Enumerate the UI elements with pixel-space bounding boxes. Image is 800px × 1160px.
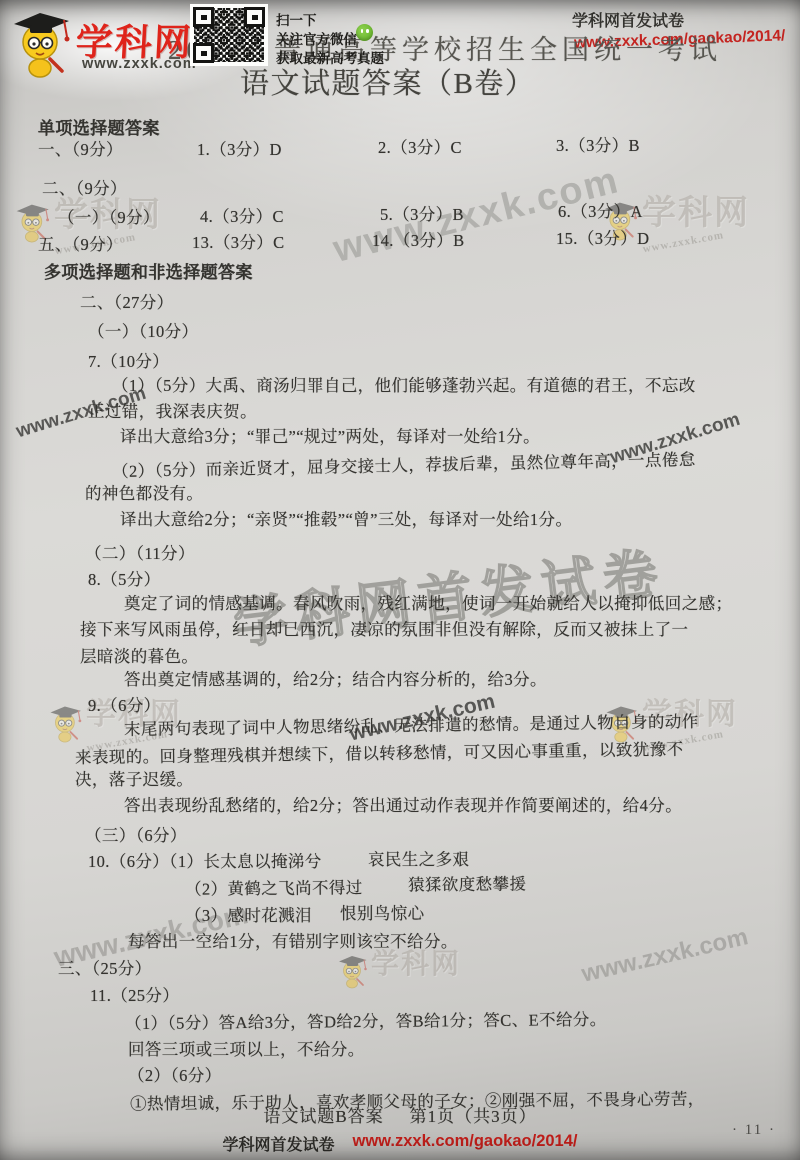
answer-line: 答出表现纷乱愁绪的，给2分；答出通过动作表现并作简要阐述的，给4分。 <box>124 792 682 816</box>
mcq-answer: 3.（3分）B <box>556 132 640 156</box>
wechat-face-icon <box>356 24 373 41</box>
mcq-prefix: （一）（9分） <box>58 204 160 228</box>
answer-line: 三、（25分） <box>58 955 152 979</box>
qr-caption-line2: 关注官方微信 <box>276 28 357 48</box>
brand-logo-url: www.zxxk.com <box>82 56 197 72</box>
mcq-answer: 14.（3分）B <box>372 227 465 251</box>
answer-line: 接下来写风雨虽停，红日却已西沉，凄凉的氛围非但没有解除，反而又被抹上了一 <box>80 616 688 640</box>
mcq-prefix: 五、（9分） <box>38 231 123 255</box>
qr-finder-icon <box>193 43 214 63</box>
answer-line: 末尾两句表现了词中人物思绪纷乱、无法排遣的愁情。是通过人物自身的动作 <box>124 708 699 740</box>
answer-line: （二）（11分） <box>85 540 195 564</box>
q10-blank-answer: 恨别鸟惊心 <box>340 900 425 924</box>
q10-blank-answer: （3）感时花溅泪 <box>185 902 312 926</box>
qr-caption-line3: 获取最新高考真题 <box>276 47 384 67</box>
footer-doc-row: 语文试题B答案 第1页（共3页） <box>0 1102 800 1127</box>
brand-watermark-text: 学科网 <box>642 194 750 232</box>
footer-release-label: 学科网首发试卷 <box>222 1132 334 1155</box>
answer-line: 译出大意给3分；“罪己”“规过”两处，每译对一处给1分。 <box>120 423 540 447</box>
answer-line: 决，落子迟缓。 <box>75 766 193 790</box>
mcq-answer: 5.（3分）B <box>380 201 464 225</box>
qr-finder-icon <box>244 7 265 27</box>
watermark-url: www.zxxk.com <box>579 923 751 988</box>
answer-line: 7.（10分） <box>88 348 169 372</box>
answer-line: （三）（6分） <box>85 822 187 846</box>
footer-page-label: 第1页（共3页） <box>410 1102 537 1127</box>
answer-line: （一）（10分） <box>88 318 198 342</box>
qr-caption-line1: 扫一下 <box>276 9 317 29</box>
answer-line: 8.（5分） <box>88 566 161 590</box>
q10-blank-answer: （2）黄鹤之飞尚不得过 <box>185 874 363 900</box>
answer-line: （2）（6分） <box>128 1062 222 1086</box>
q10-blank-answer: 猿猱欲度愁攀援 <box>408 870 527 895</box>
section-heading-multi-choice: 多项选择题和非选择题答案 <box>44 258 253 283</box>
answer-line: 层暗淡的暮色。 <box>80 643 198 667</box>
zxxk-mascot-icon <box>6 2 78 80</box>
q10-blank-answer: 10.（6分）（1）长太息以掩涕兮 <box>88 848 322 872</box>
mcq-answer: 6.（3分）A <box>558 198 643 222</box>
qr-finder-icon <box>193 7 214 27</box>
answer-line: （1）（5分）大禹、商汤归罪自己，他们能够蓬勃兴起。有道德的君王，不忘改 <box>112 372 696 396</box>
exam-title-line2: 语文试题答案（B卷） <box>240 61 535 102</box>
qr-code <box>192 6 266 64</box>
q10-blank-answer: 哀民生之多艰 <box>368 846 469 870</box>
answer-line: 奠定了词的情感基调。春风吹雨，残红满地，使词一开始就给人以掩抑低回之感； <box>124 590 732 614</box>
brand-watermark-url: www.zxxk.com <box>642 225 750 256</box>
mcq-prefix: 一、（9分） <box>38 136 123 160</box>
zxxk-mascot-icon <box>335 950 371 990</box>
answer-line: （1）（5分）答A给3分，答D给2分，答B给1分；答C、E不给分。 <box>125 1006 607 1034</box>
mcq-answer: 2.（3分）C <box>378 134 462 158</box>
brand-watermark-text: 学科网 <box>371 948 461 979</box>
answer-line: 答出奠定情感基调的，给2分；结合内容分析的，给3分。 <box>124 666 547 690</box>
zxxk-mascot-icon <box>46 700 86 744</box>
mcq-answer: 15.（3分）D <box>556 225 650 249</box>
mcq-prefix: 二、（9分） <box>42 175 127 199</box>
answer-line: （2）（5分）而亲近贤才，屈身交接士人，荐拔后辈，虽然位尊年高，一点倦怠 <box>112 446 696 482</box>
mcq-answer: 1.（3分）D <box>197 136 282 160</box>
answer-line: 回答三项或三项以上，不给分。 <box>128 1036 365 1060</box>
footer-site-row: 学科网首发试卷 www.zxxk.com/gaokao/2014/ <box>0 1132 800 1155</box>
footer-doc-label: 语文试题B答案 <box>263 1102 383 1127</box>
answer-line: 正过错，我深表庆贺。 <box>88 398 257 422</box>
answer-line: 9.（6分） <box>88 692 161 716</box>
answer-line: 每答出一空给1分，有错别字则该空不给分。 <box>128 928 458 952</box>
brand-watermark: 学科网 <box>335 950 461 990</box>
answer-line: 的神色都没有。 <box>85 480 203 504</box>
answer-line: 译出大意给2分；“亲贤”“推毂”“曾”三处，每译对一处给1分。 <box>120 506 572 530</box>
scanned-answer-sheet: 学科网 www.zxxk.com 2014年普通高等学校招生全国统一考试 语文试… <box>0 0 800 1160</box>
mcq-answer: 13.（3分）C <box>192 229 285 253</box>
answer-line: 二、（27分） <box>80 289 174 313</box>
mcq-answer: 4.（3分）C <box>200 203 284 227</box>
answer-line: 来表现的。回身整理残棋并想续下，借以转移愁情，可又因心事重重，以致犹豫不 <box>75 736 684 768</box>
answer-line: 11.（25分） <box>90 982 179 1006</box>
footer-release-url: www.zxxk.com/gaokao/2014/ <box>353 1132 578 1155</box>
